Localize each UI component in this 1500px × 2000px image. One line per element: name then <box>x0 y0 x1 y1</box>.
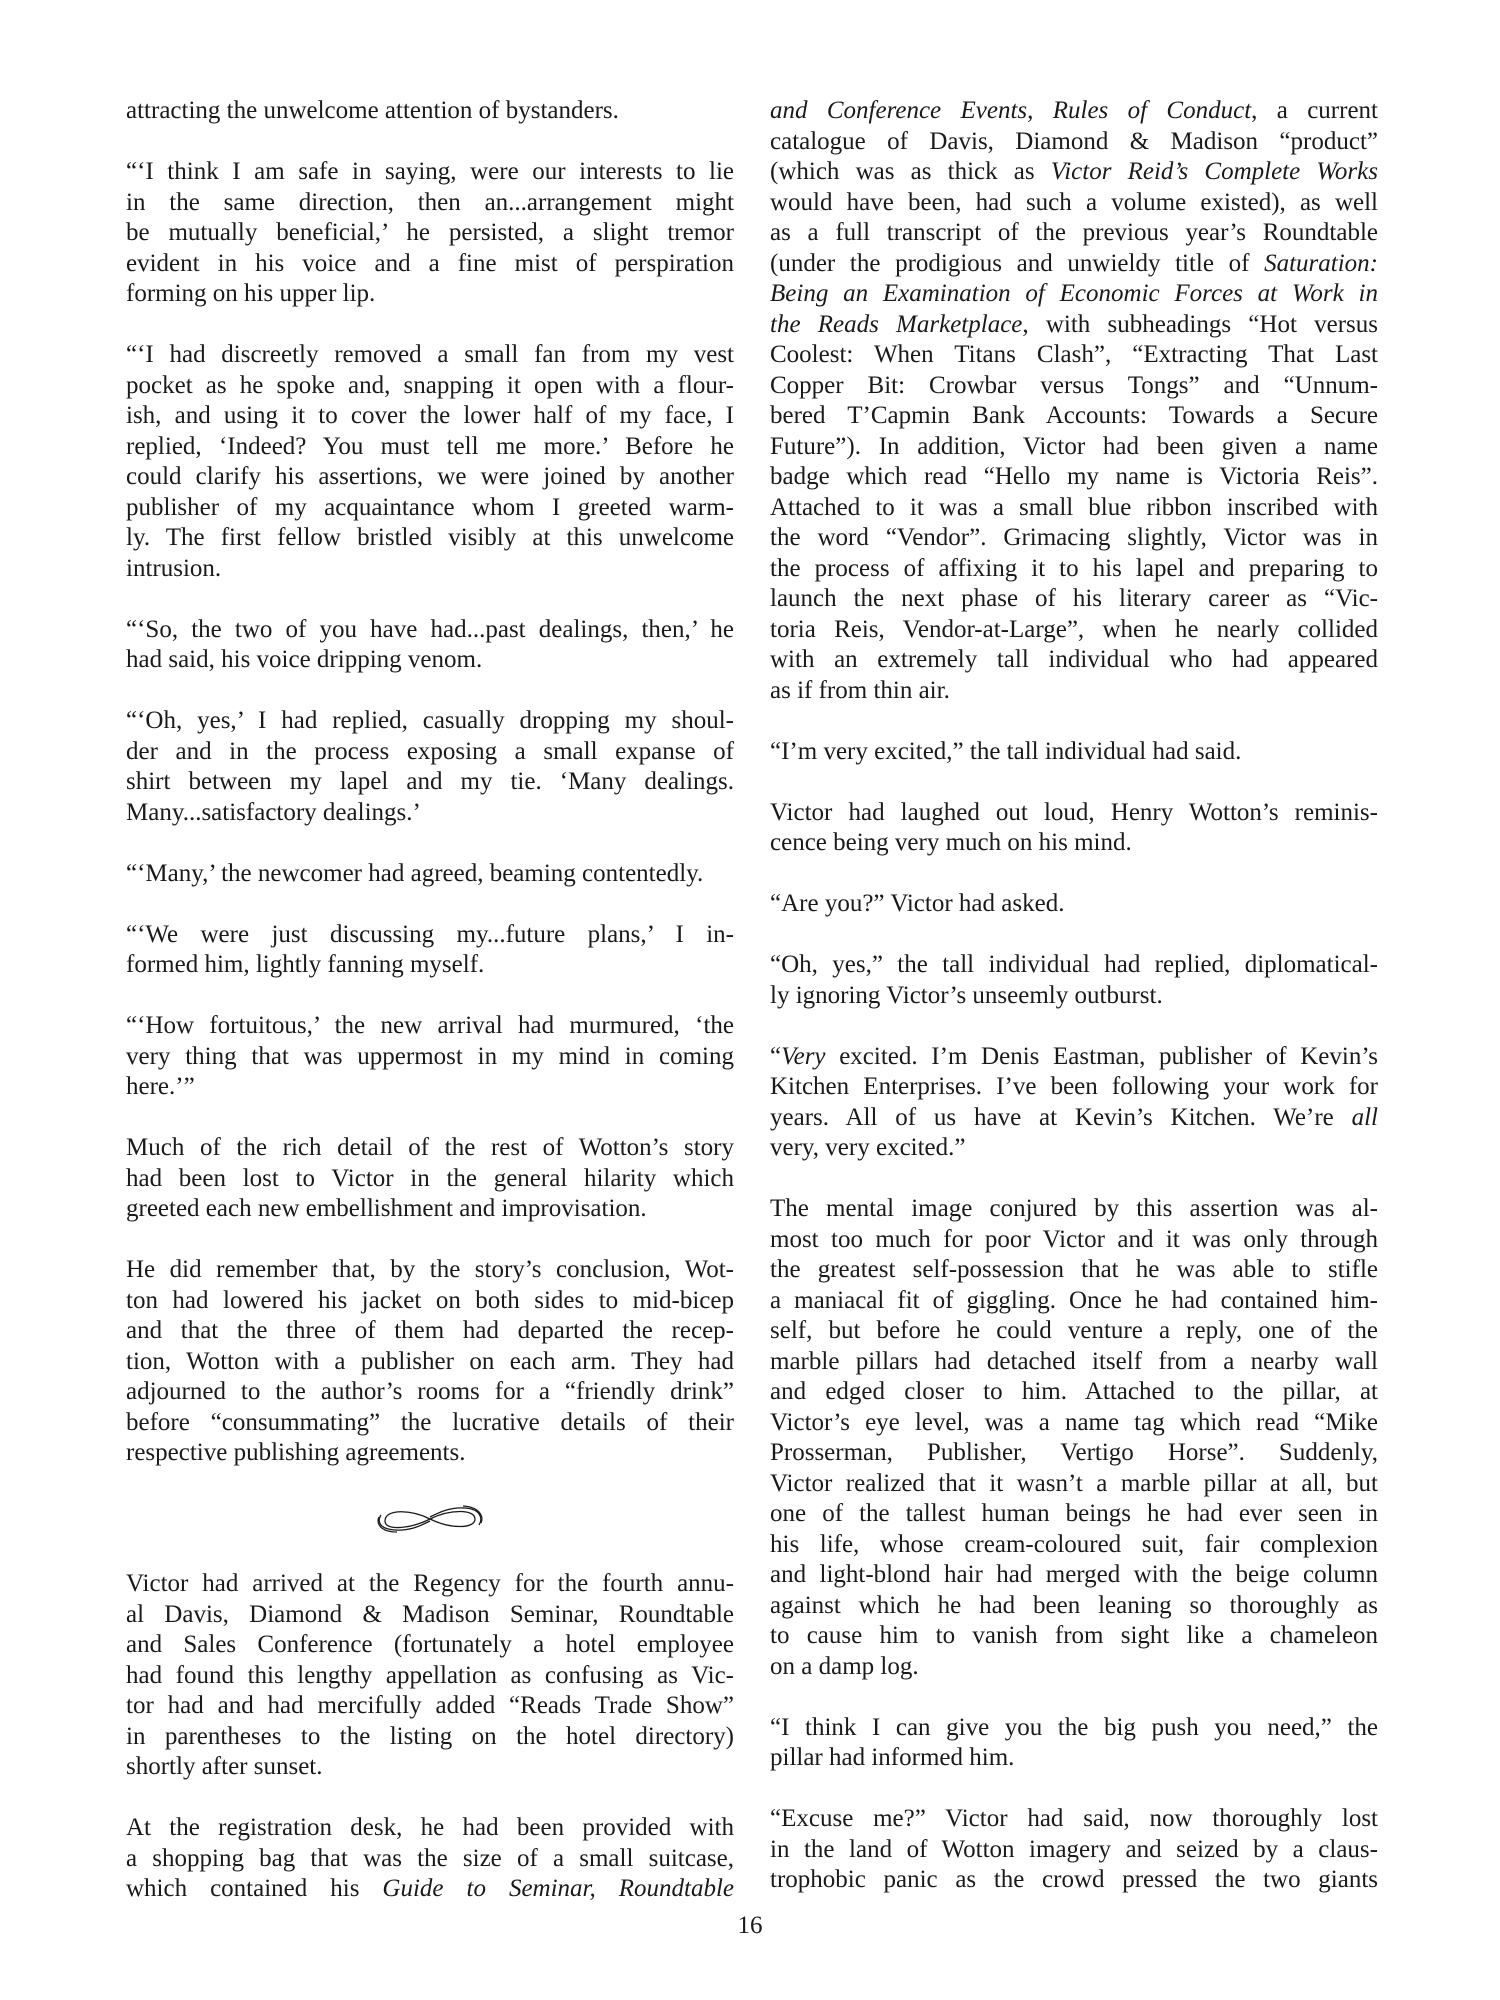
text-segment: as if from thin air. <box>770 677 950 704</box>
text-line: adjourned to the author’s rooms for a “f… <box>126 1377 734 1408</box>
text-line: as if from thin air. <box>770 676 1378 707</box>
text-line: and light-blond hair had merged with the… <box>770 1560 1378 1591</box>
text-line: greeted each new embellishment and impro… <box>126 1194 734 1225</box>
text-segment: “Oh, yes,” the tall individual had repli… <box>770 951 1378 978</box>
text-line: Victor had arrived at the Regency for th… <box>126 1569 734 1600</box>
paragraph: “‘I think I am safe in saying, were our … <box>126 157 734 310</box>
text-line: “Excuse me?” Victor had said, now thorou… <box>770 1804 1378 1835</box>
right-column-body: and Conference Events, Rules of Conduct,… <box>770 96 1378 1896</box>
paragraph: At the registration desk, he had been pr… <box>126 1813 734 1905</box>
text-segment: “Are you?” Victor had asked. <box>770 890 1064 917</box>
text-line: cence being very much on his mind. <box>770 828 1378 859</box>
paragraph: Victor had arrived at the Regency for th… <box>126 1569 734 1783</box>
text-line: a maniacal fit of giggling. Once he had … <box>770 1286 1378 1317</box>
text-line: Attached to it was a small blue ribbon i… <box>770 493 1378 524</box>
italic-text: Victor Reid’s Complete Works <box>1051 158 1378 185</box>
text-line: “‘We were just discussing my...future pl… <box>126 920 734 951</box>
text-line: ish, and using it to cover the lower hal… <box>126 401 734 432</box>
text-line: “‘I had discreetly removed a small fan f… <box>126 340 734 371</box>
text-segment: here.’” <box>126 1073 195 1100</box>
text-segment: al Davis, Diamond & Madison Seminar, Rou… <box>126 1601 734 1628</box>
text-line: respective publishing agreements. <box>126 1438 734 1469</box>
text-segment: At the registration desk, he had been pr… <box>126 1814 734 1841</box>
paragraph: “I think I can give you the big push you… <box>770 1713 1378 1774</box>
paragraph: “Are you?” Victor had asked. <box>770 889 1378 920</box>
text-line: replied, ‘Indeed? You must tell me more.… <box>126 432 734 463</box>
text-line: shirt between my lapel and my tie. ‘Many… <box>126 767 734 798</box>
text-line: Much of the rich detail of the rest of W… <box>126 1133 734 1164</box>
text-segment: the word “Vendor”. Grimacing slightly, V… <box>770 524 1378 551</box>
text-line: “I’m very excited,” the tall individual … <box>770 737 1378 768</box>
text-line: evident in his voice and a fine mist of … <box>126 249 734 280</box>
text-segment: and edged closer to him. Attached to the… <box>770 1378 1378 1405</box>
text-segment: would have been, had such a volume exist… <box>770 189 1378 216</box>
text-line: shortly after sunset. <box>126 1752 734 1783</box>
text-line: (under the prodigious and unwieldy title… <box>770 249 1378 280</box>
text-line: “‘How fortuitous,’ the new arrival had m… <box>126 1011 734 1042</box>
text-segment: “I’m very excited,” the tall individual … <box>770 738 1241 765</box>
text-segment: cence being very much on his mind. <box>770 829 1132 856</box>
text-segment: in parentheses to the listing on the hot… <box>126 1723 734 1750</box>
text-line: forming on his upper lip. <box>126 279 734 310</box>
text-line: Many...satisfactory dealings.’ <box>126 798 734 829</box>
paragraph: and Conference Events, Rules of Conduct,… <box>770 96 1378 706</box>
italic-text: Very <box>781 1043 825 1070</box>
text-segment: (which was as thick as <box>770 158 1051 185</box>
text-line: against which he had been leaning so tho… <box>770 1591 1378 1622</box>
right-column: and Conference Events, Rules of Conduct,… <box>770 96 1378 1926</box>
text-segment: Prosserman, Publisher, Vertigo Horse”. S… <box>770 1439 1378 1466</box>
text-line: (which was as thick as Victor Reid’s Com… <box>770 157 1378 188</box>
text-segment: most too much for poor Victor and it was… <box>770 1226 1378 1253</box>
text-segment: trophobic panic as the crowd pressed the… <box>770 1866 1378 1893</box>
text-segment: had said, his voice dripping venom. <box>126 646 482 673</box>
text-segment: shirt between my lapel and my tie. ‘Many… <box>126 768 734 795</box>
text-segment: der and in the process exposing a small … <box>126 738 734 765</box>
text-line: “Are you?” Victor had asked. <box>770 889 1378 920</box>
text-segment: (under the prodigious and unwieldy title… <box>770 250 1264 277</box>
text-line: catalogue of Davis, Diamond & Madison “p… <box>770 127 1378 158</box>
text-line: At the registration desk, he had been pr… <box>126 1813 734 1844</box>
text-line: Kitchen Enterprises. I’ve been following… <box>770 1072 1378 1103</box>
text-line: Victor realized that it wasn’t a marble … <box>770 1469 1378 1500</box>
book-page: attracting the unwelcome attention of by… <box>0 0 1500 2000</box>
text-segment: greeted each new embellishment and impro… <box>126 1195 647 1222</box>
text-segment: be mutually beneficial,’ he persisted, a… <box>126 219 734 246</box>
text-line: launch the next phase of his literary ca… <box>770 584 1378 615</box>
text-line: pocket as he spoke and, snapping it open… <box>126 371 734 402</box>
text-line: attracting the unwelcome attention of by… <box>126 96 734 127</box>
text-segment: Many...satisfactory dealings.’ <box>126 799 421 826</box>
italic-text: and Conference Events, Rules of Conduct <box>770 97 1251 124</box>
text-line: “Very excited. I’m Denis Eastman, publis… <box>770 1042 1378 1073</box>
text-line: in the same direction, then an...arrange… <box>126 188 734 219</box>
text-segment: forming on his upper lip. <box>126 280 375 307</box>
text-segment: on a damp log. <box>770 1653 919 1680</box>
left-column-after-ornament: Victor had arrived at the Regency for th… <box>126 1569 734 1905</box>
text-line: “Oh, yes,” the tall individual had repli… <box>770 950 1378 981</box>
text-line: The mental image conjured by this assert… <box>770 1194 1378 1225</box>
text-line: “‘I think I am safe in saying, were our … <box>126 157 734 188</box>
text-line: to cause him to vanish from sight like a… <box>770 1621 1378 1652</box>
paragraph: “‘How fortuitous,’ the new arrival had m… <box>126 1011 734 1103</box>
text-line: before “consummating” the lucrative deta… <box>126 1408 734 1439</box>
paragraph: “‘So, the two of you have had...past dea… <box>126 615 734 676</box>
text-segment: very thing that was uppermost in my mind… <box>126 1043 734 1070</box>
text-segment: could clarify his assertions, we were jo… <box>126 463 734 490</box>
text-line: years. All of us have at Kevin’s Kitchen… <box>770 1103 1378 1134</box>
text-line: “‘So, the two of you have had...past dea… <box>126 615 734 646</box>
text-segment: Victor’s eye level, was a name tag which… <box>770 1409 1378 1436</box>
paragraph: “‘Oh, yes,’ I had replied, casually drop… <box>126 706 734 828</box>
text-segment: tion, Wotton with a publisher on each ar… <box>126 1348 734 1375</box>
text-segment: Coolest: When Titans Clash”, “Extracting… <box>770 341 1378 368</box>
text-segment: Attached to it was a small blue ribbon i… <box>770 494 1378 521</box>
text-line: here.’” <box>126 1072 734 1103</box>
left-column-before-ornament: attracting the unwelcome attention of by… <box>126 96 734 1469</box>
text-segment: “‘Many,’ the newcomer had agreed, beamin… <box>126 860 703 887</box>
text-line: Future”). In addition, Victor had been g… <box>770 432 1378 463</box>
text-line: Copper Bit: Crowbar versus Tongs” and “U… <box>770 371 1378 402</box>
text-segment: years. All of us have at Kevin’s Kitchen… <box>770 1104 1352 1131</box>
text-line: could clarify his assertions, we were jo… <box>126 462 734 493</box>
text-line: publisher of my acquaintance whom I gree… <box>126 493 734 524</box>
italic-text: Being an Examination of Economic Forces … <box>770 280 1378 307</box>
text-segment: Victor realized that it wasn’t a marble … <box>770 1470 1378 1497</box>
text-segment: ly ignoring Victor’s unseemly outburst. <box>770 982 1163 1009</box>
text-line: the Reads Marketplace, with subheadings … <box>770 310 1378 341</box>
italic-text: all <box>1352 1104 1378 1131</box>
text-segment: pocket as he spoke and, snapping it open… <box>126 372 734 399</box>
paragraph: “Excuse me?” Victor had said, now thorou… <box>770 1804 1378 1896</box>
text-segment: self, but before he could venture a repl… <box>770 1317 1378 1344</box>
italic-text: Saturation: <box>1264 250 1378 277</box>
text-line: had found this lengthy appellation as co… <box>126 1661 734 1692</box>
text-segment: excited. I’m Denis Eastman, publisher of… <box>826 1043 1378 1070</box>
infinity-flourish-icon <box>375 1499 485 1539</box>
paragraph: “I’m very excited,” the tall individual … <box>770 737 1378 768</box>
text-line: and Conference Events, Rules of Conduct,… <box>770 96 1378 127</box>
text-line: pillar had informed him. <box>770 1743 1378 1774</box>
page-number: 16 <box>0 1912 1500 1940</box>
text-line: Victor’s eye level, was a name tag which… <box>770 1408 1378 1439</box>
italic-text: the Reads Marketplace <box>770 311 1022 338</box>
text-segment: ish, and using it to cover the lower hal… <box>126 402 734 429</box>
text-segment: his life, whose cream-coloured suit, fai… <box>770 1531 1378 1558</box>
text-line: “I think I can give you the big push you… <box>770 1713 1378 1744</box>
text-line: badge which read “Hello my name is Victo… <box>770 462 1378 493</box>
text-segment: launch the next phase of his literary ca… <box>770 585 1378 612</box>
text-line: and that the three of them had departed … <box>126 1316 734 1347</box>
text-segment: Kitchen Enterprises. I’ve been following… <box>770 1073 1378 1100</box>
text-segment: evident in his voice and a fine mist of … <box>126 250 734 277</box>
text-line: with an extremely tall individual who ha… <box>770 645 1378 676</box>
text-segment: ly. The first fellow bristled visibly at… <box>126 524 734 551</box>
text-segment: pillar had informed him. <box>770 1744 1014 1771</box>
text-line: al Davis, Diamond & Madison Seminar, Rou… <box>126 1600 734 1631</box>
text-line: ly ignoring Victor’s unseemly outburst. <box>770 981 1378 1012</box>
text-segment: The mental image conjured by this assert… <box>770 1195 1378 1222</box>
text-segment: as a full transcript of the previous yea… <box>770 219 1378 246</box>
text-line: Being an Examination of Economic Forces … <box>770 279 1378 310</box>
text-line: and edged closer to him. Attached to the… <box>770 1377 1378 1408</box>
text-line: and Sales Conference (fortunately a hote… <box>126 1630 734 1661</box>
paragraph: “‘I had discreetly removed a small fan f… <box>126 340 734 584</box>
text-segment: shortly after sunset. <box>126 1753 322 1780</box>
text-segment: very, very excited.” <box>770 1134 966 1161</box>
text-line: be mutually beneficial,’ he persisted, a… <box>126 218 734 249</box>
text-line: trophobic panic as the crowd pressed the… <box>770 1865 1378 1896</box>
text-segment: attracting the unwelcome attention of by… <box>126 97 619 124</box>
text-line: tor had and had mercifully added “Reads … <box>126 1691 734 1722</box>
italic-text: Guide to Seminar, Roundtable <box>382 1875 734 1902</box>
text-line: most too much for poor Victor and it was… <box>770 1225 1378 1256</box>
text-line: the process of affixing it to his lapel … <box>770 554 1378 585</box>
text-segment: a shopping bag that was the size of a sm… <box>126 1845 734 1872</box>
text-line: very thing that was uppermost in my mind… <box>126 1042 734 1073</box>
text-segment: adjourned to the author’s rooms for a “f… <box>126 1378 734 1405</box>
text-segment: and light-blond hair had merged with the… <box>770 1561 1378 1588</box>
text-segment: Much of the rich detail of the rest of W… <box>126 1134 734 1161</box>
text-segment: publisher of my acquaintance whom I gree… <box>126 494 734 521</box>
paragraph: Victor had laughed out loud, Henry Wotto… <box>770 798 1378 859</box>
text-segment: He did remember that, by the story’s con… <box>126 1256 734 1283</box>
text-line: intrusion. <box>126 554 734 585</box>
text-segment: “ <box>770 1043 781 1070</box>
paragraph: He did remember that, by the story’s con… <box>126 1255 734 1469</box>
text-line: formed him, lightly fanning myself. <box>126 950 734 981</box>
text-segment: the greatest self-possession that he was… <box>770 1256 1378 1283</box>
paragraph: “‘We were just discussing my...future pl… <box>126 920 734 981</box>
text-line: Victor had laughed out loud, Henry Wotto… <box>770 798 1378 829</box>
text-line: He did remember that, by the story’s con… <box>126 1255 734 1286</box>
text-line: Prosserman, Publisher, Vertigo Horse”. S… <box>770 1438 1378 1469</box>
text-segment: respective publishing agreements. <box>126 1439 465 1466</box>
paragraph: attracting the unwelcome attention of by… <box>126 96 734 127</box>
text-line: tion, Wotton with a publisher on each ar… <box>126 1347 734 1378</box>
text-segment: a maniacal fit of giggling. Once he had … <box>770 1287 1378 1314</box>
text-line: ly. The first fellow bristled visibly at… <box>126 523 734 554</box>
text-line: had said, his voice dripping venom. <box>126 645 734 676</box>
text-line: which contained his Guide to Seminar, Ro… <box>126 1874 734 1905</box>
text-line: marble pillars had detached itself from … <box>770 1347 1378 1378</box>
paragraph: “‘Many,’ the newcomer had agreed, beamin… <box>126 859 734 890</box>
text-line: der and in the process exposing a small … <box>126 737 734 768</box>
text-segment: formed him, lightly fanning myself. <box>126 951 484 978</box>
text-segment: Victor had arrived at the Regency for th… <box>126 1570 734 1597</box>
text-segment: bered T’Capmin Bank Accounts: Towards a … <box>770 402 1378 429</box>
text-segment: tor had and had mercifully added “Reads … <box>126 1692 734 1719</box>
text-segment: “‘I had discreetly removed a small fan f… <box>126 341 734 368</box>
text-segment: “I think I can give you the big push you… <box>770 1714 1378 1741</box>
text-segment: “‘How fortuitous,’ the new arrival had m… <box>126 1012 734 1039</box>
text-segment: in the same direction, then an...arrange… <box>126 189 734 216</box>
text-line: on a damp log. <box>770 1652 1378 1683</box>
paragraph: “Oh, yes,” the tall individual had repli… <box>770 950 1378 1011</box>
text-segment: catalogue of Davis, Diamond & Madison “p… <box>770 128 1378 155</box>
text-segment: and that the three of them had departed … <box>126 1317 734 1344</box>
text-segment: toria Reis, Vendor-at-Large”, when he ne… <box>770 616 1378 643</box>
text-segment: in the land of Wotton imagery and seized… <box>770 1836 1378 1863</box>
text-segment: had found this lengthy appellation as co… <box>126 1662 734 1689</box>
text-line: “‘Many,’ the newcomer had agreed, beamin… <box>126 859 734 890</box>
text-segment: Copper Bit: Crowbar versus Tongs” and “U… <box>770 372 1378 399</box>
paragraph: “Very excited. I’m Denis Eastman, publis… <box>770 1042 1378 1164</box>
text-line: ton had lowered his jacket on both sides… <box>126 1286 734 1317</box>
text-segment: the process of affixing it to his lapel … <box>770 555 1378 582</box>
text-segment: Victor had laughed out loud, Henry Wotto… <box>770 799 1378 826</box>
text-segment: Future”). In addition, Victor had been g… <box>770 433 1378 460</box>
text-segment: with an extremely tall individual who ha… <box>770 646 1378 673</box>
text-segment: which contained his <box>126 1875 382 1902</box>
text-segment: “‘We were just discussing my...future pl… <box>126 921 734 948</box>
text-line: bered T’Capmin Bank Accounts: Towards a … <box>770 401 1378 432</box>
text-segment: had been lost to Victor in the general h… <box>126 1165 734 1192</box>
text-segment: replied, ‘Indeed? You must tell me more.… <box>126 433 734 460</box>
left-column: attracting the unwelcome attention of by… <box>126 96 734 1935</box>
text-line: his life, whose cream-coloured suit, fai… <box>770 1530 1378 1561</box>
text-line: in the land of Wotton imagery and seized… <box>770 1835 1378 1866</box>
text-line: toria Reis, Vendor-at-Large”, when he ne… <box>770 615 1378 646</box>
text-line: Coolest: When Titans Clash”, “Extracting… <box>770 340 1378 371</box>
text-segment: “‘Oh, yes,’ I had replied, casually drop… <box>126 707 734 734</box>
text-segment: “‘So, the two of you have had...past dea… <box>126 616 734 643</box>
text-line: “‘Oh, yes,’ I had replied, casually drop… <box>126 706 734 737</box>
text-segment: intrusion. <box>126 555 221 582</box>
text-segment: , a current <box>1251 97 1378 124</box>
paragraph: Much of the rich detail of the rest of W… <box>126 1133 734 1225</box>
text-line: a shopping bag that was the size of a sm… <box>126 1844 734 1875</box>
text-segment: ton had lowered his jacket on both sides… <box>126 1287 734 1314</box>
text-segment: “‘I think I am safe in saying, were our … <box>126 158 734 185</box>
text-line: had been lost to Victor in the general h… <box>126 1164 734 1195</box>
paragraph: The mental image conjured by this assert… <box>770 1194 1378 1682</box>
text-segment: badge which read “Hello my name is Victo… <box>770 463 1378 490</box>
text-segment: one of the tallest human beings he had e… <box>770 1500 1378 1527</box>
text-line: one of the tallest human beings he had e… <box>770 1499 1378 1530</box>
text-segment: , with subheadings “Hot versus <box>1022 311 1378 338</box>
text-segment: “Excuse me?” Victor had said, now thorou… <box>770 1805 1378 1832</box>
text-line: self, but before he could venture a repl… <box>770 1316 1378 1347</box>
text-line: in parentheses to the listing on the hot… <box>126 1722 734 1753</box>
text-segment: and Sales Conference (fortunately a hote… <box>126 1631 734 1658</box>
text-segment: marble pillars had detached itself from … <box>770 1348 1378 1375</box>
text-segment: before “consummating” the lucrative deta… <box>126 1409 734 1436</box>
text-line: the greatest self-possession that he was… <box>770 1255 1378 1286</box>
text-line: would have been, had such a volume exist… <box>770 188 1378 219</box>
text-line: very, very excited.” <box>770 1133 1378 1164</box>
text-line: as a full transcript of the previous yea… <box>770 218 1378 249</box>
text-segment: against which he had been leaning so tho… <box>770 1592 1378 1619</box>
text-line: the word “Vendor”. Grimacing slightly, V… <box>770 523 1378 554</box>
text-segment: to cause him to vanish from sight like a… <box>770 1622 1378 1649</box>
